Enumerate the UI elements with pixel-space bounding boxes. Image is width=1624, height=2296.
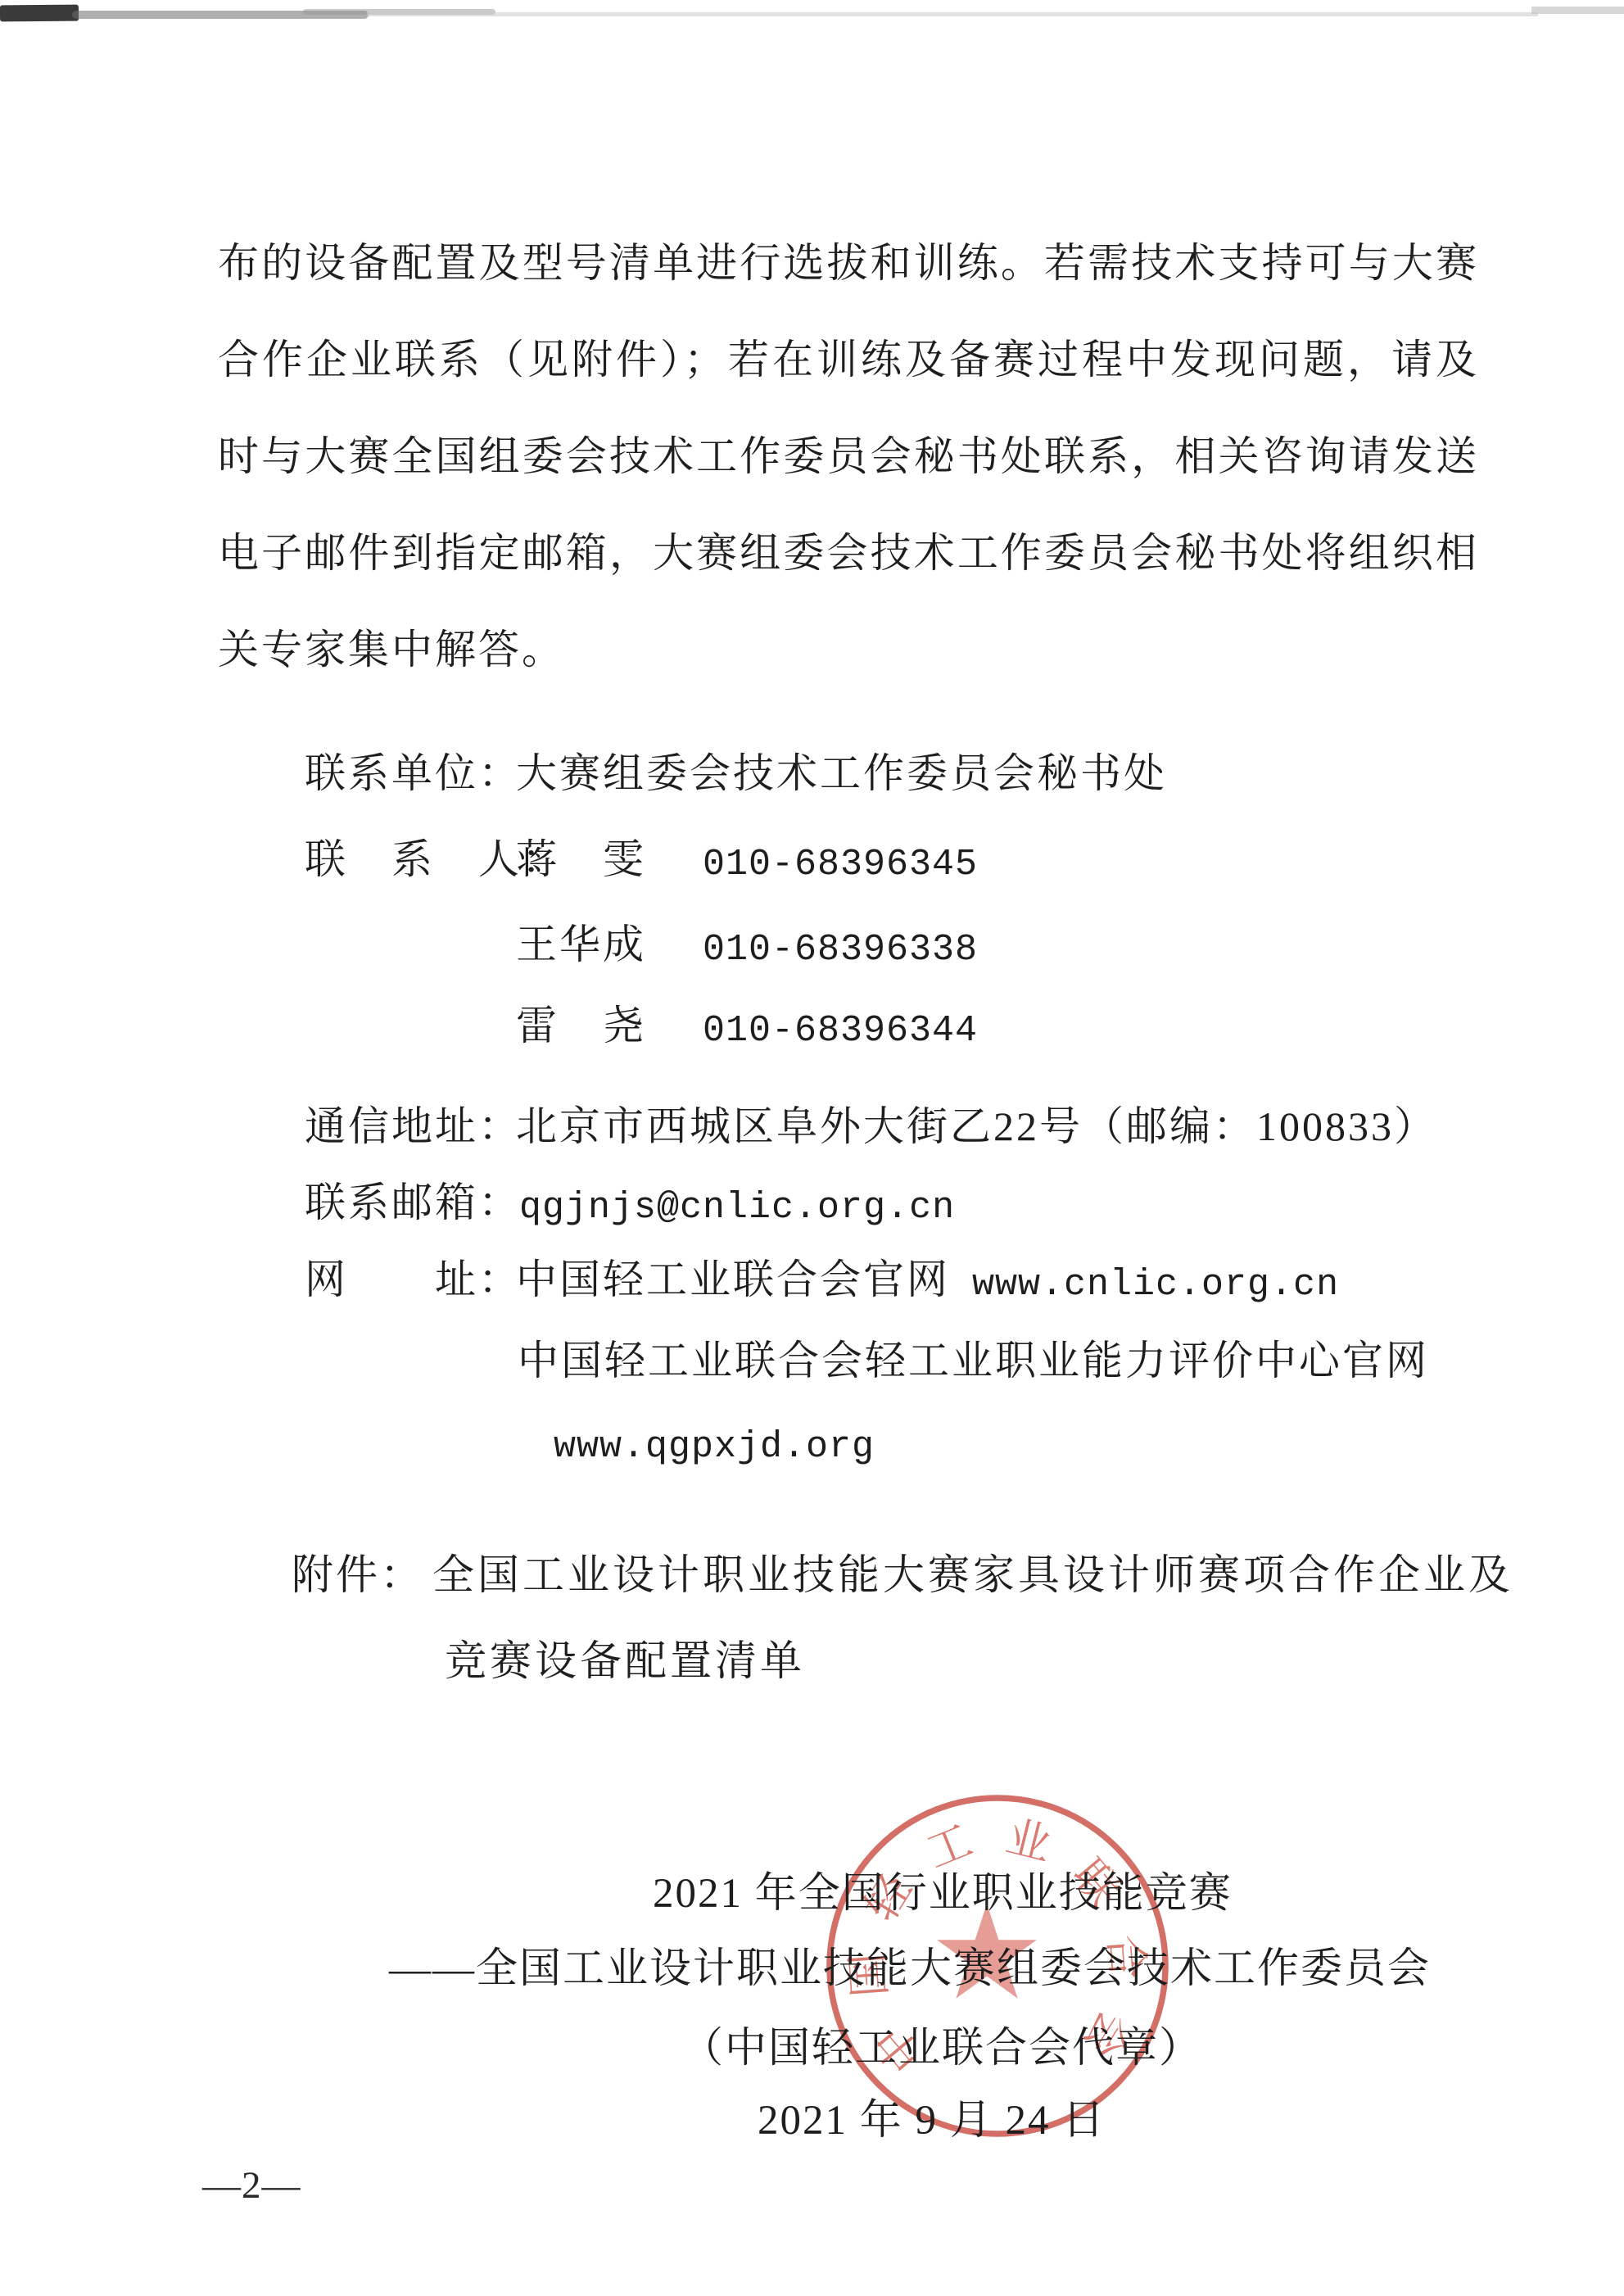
seal-ring-char: 工 xyxy=(920,1815,979,1877)
contact-website-name: 中国轻工业联合会官网 xyxy=(516,1257,950,1304)
contact-address-value: 北京市西城区阜外大街乙22号（邮编：100833） xyxy=(516,1103,1437,1151)
contact-website-line2: 中国轻工业联合会轻工业职业能力评价中心官网 xyxy=(518,1338,1429,1385)
contact-email-label: 联系邮箱： xyxy=(305,1180,522,1227)
contact-website-label: 网 址： xyxy=(305,1257,522,1304)
scan-artifact-line xyxy=(367,12,1538,16)
signature-org-line2: ——全国工业设计职业技能大赛组委会技术工作委员会 xyxy=(389,1945,1431,1994)
paragraph-line: 电子邮件到指定邮箱，大赛组委会技术工作委员会秘书处将组织相 xyxy=(218,505,1479,601)
body-paragraph: 布的设备配置及型号清单进行选拔和训练。若需技术支持可与大赛 合作企业联系（见附件… xyxy=(218,215,1479,698)
paragraph-line: 合作企业联系（见附件）；若在训练及备赛过程中发现问题，请及 xyxy=(218,311,1479,408)
scan-artifact-smudge xyxy=(0,5,79,22)
scanned-document-page: { "colors": { "ink": "#1e1e1e", "seal_re… xyxy=(0,0,1624,2296)
attachment-line1: 全国工业设计职业技能大赛家具设计师赛项合作企业及 xyxy=(432,1552,1513,1601)
paragraph-line: 布的设备配置及型号清单进行选拔和训练。若需技术支持可与大赛 xyxy=(218,215,1479,311)
contact-person-phone: 010-68396345 xyxy=(703,844,978,886)
contact-website-url2: www.qgpxjd.org xyxy=(554,1426,875,1469)
contact-person-phone: 010-68396338 xyxy=(703,929,978,971)
contact-website-url: www.cnlic.org.cn xyxy=(972,1264,1339,1307)
contact-person-name: 雷 尧 xyxy=(516,1003,646,1050)
signature-org-line1: 2021 年全国行业职业技能竞赛 xyxy=(653,1870,1233,1918)
contact-email-value: qgjnjs@cnlic.org.cn xyxy=(519,1187,955,1230)
seal-ring-char: 业 xyxy=(1002,1812,1056,1870)
signature-date: 2021 年 9 月 24 日 xyxy=(758,2097,1106,2145)
contact-person-name: 王华成 xyxy=(516,922,646,969)
paragraph-line: 关专家集中解答。 xyxy=(218,601,1479,698)
contact-address-label: 通信地址： xyxy=(305,1103,522,1151)
signature-seal-note: （中国轻工业联合会代章） xyxy=(681,2025,1202,2073)
attachment-label: 附件： xyxy=(292,1552,424,1601)
paragraph-line: 时与大赛全国组委会技术工作委员会秘书处联系，相关咨询请发送 xyxy=(218,408,1479,505)
scan-artifact-smudge xyxy=(1531,7,1624,14)
attachment-line2: 竞赛设备配置清单 xyxy=(445,1638,805,1687)
contact-unit-value: 大赛组委会技术工作委员会秘书处 xyxy=(516,750,1167,798)
contact-unit-label: 联系单位： xyxy=(305,750,522,798)
contact-person-phone: 010-68396344 xyxy=(703,1010,978,1053)
contact-person-name: 蒋 雯 xyxy=(516,836,646,884)
page-number: —2— xyxy=(202,2163,301,2208)
